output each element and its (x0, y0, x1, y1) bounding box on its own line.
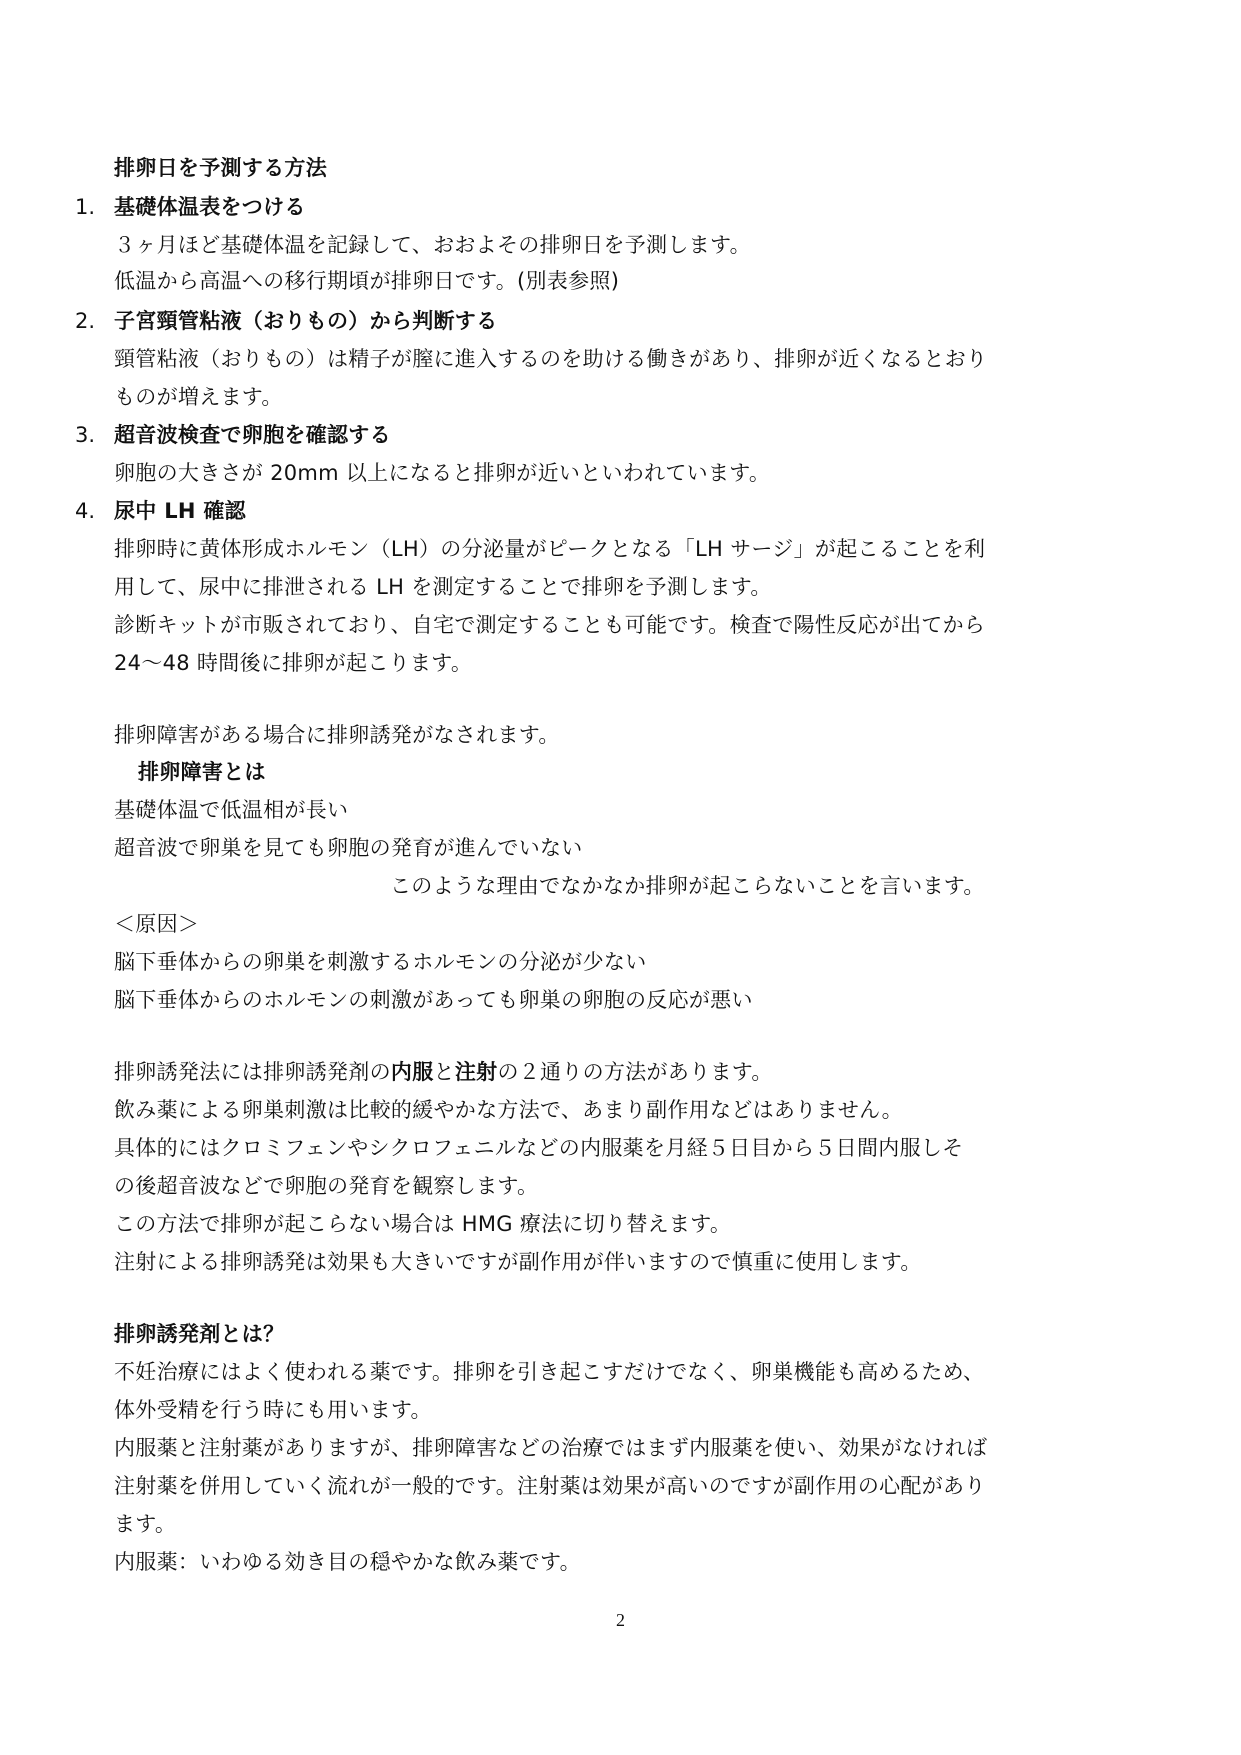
subheading: 排卵障害とは (138, 757, 266, 787)
body-line: 内服薬：いわゆる効き目の穏やかな飲み薬です。 (114, 1547, 581, 1577)
body-line: 診断キットが市販されており、自宅で測定することも可能です。検査で陽性反応が出てか… (114, 610, 985, 640)
section-heading: 排卵誘発剤とは？ (114, 1319, 284, 1349)
item-heading: 超音波検査で卵胞を確認する (114, 420, 391, 450)
body-line: ます。 (114, 1509, 176, 1539)
body-line: 注射薬を併用していく流れが一般的です。注射薬は効果が高いのですが副作用の心配があ… (114, 1471, 986, 1501)
text: の２通りの方法があります。 (497, 1060, 772, 1084)
body-line: 頸管粘液（おりもの）は精子が膣に進入するのを助ける働きがあり、排卵が近くなるとお… (114, 344, 987, 374)
body-line: 低温から高温への移行期頃が排卵日です。(別表参照) (114, 266, 619, 296)
body-line: 用して、尿中に排泄される LH を測定することで排卵を予測します。 (114, 572, 772, 602)
page-number: 2 (0, 1610, 1241, 1631)
item-number: 2. (75, 306, 95, 336)
method-line: 排卵誘発法には排卵誘発剤の内服と注射の２通りの方法があります。 (114, 1057, 773, 1087)
body-line: 内服薬と注射薬がありますが、排卵障害などの治療ではまず内服薬を使い、効果がなけれ… (114, 1433, 987, 1463)
body-line: 24～48 時間後に排卵が起こります。 (114, 648, 472, 678)
intro-line: 排卵障害がある場合に排卵誘発がなされます。 (114, 720, 560, 750)
text: 排卵誘発法には排卵誘発剤の (114, 1060, 391, 1084)
cause-line: 脳下垂体からの卵巣を刺激するホルモンの分泌が少ない (114, 947, 647, 977)
body-line: ものが増えます。 (114, 382, 283, 412)
text: と (434, 1060, 455, 1084)
item-number: 4. (75, 496, 95, 526)
body-line: の後超音波などで卵胞の発育を観察します。 (114, 1171, 538, 1201)
body-line: この方法で排卵が起こらない場合は HMG 療法に切り替えます。 (114, 1209, 731, 1239)
item-heading: 子宮頸管粘液（おりもの）から判断する (114, 306, 497, 336)
cause-heading: ＜原因＞ (114, 909, 199, 939)
body-line: 注射による排卵誘発は効果も大きいですが副作用が伴いますので慎重に使用します。 (114, 1247, 922, 1277)
body-line: 体外受精を行う時にも用います。 (114, 1395, 432, 1425)
body-line: 不妊治療にはよく使われる薬です。排卵を引き起こすだけでなく、卵巣機能も高めるため… (114, 1357, 984, 1387)
item-heading: 尿中 LH 確認 (114, 496, 246, 526)
conclusion-line: このような理由でなかなか排卵が起こらないことを言います。 (390, 871, 985, 901)
body-line: 超音波で卵巣を見ても卵胞の発育が進んでいない (114, 833, 583, 863)
cause-line: 脳下垂体からのホルモンの刺激があっても卵巣の卵胞の反応が悪い (114, 985, 753, 1015)
bold-text-oral: 内服 (391, 1060, 434, 1084)
item-number: 1. (75, 192, 95, 222)
body-line: 卵胞の大きさが 20mm 以上になると排卵が近いといわれています。 (114, 458, 770, 488)
item-heading: 基礎体温表をつける (114, 192, 306, 222)
body-line: 飲み薬による卵巣刺激は比較的緩やかな方法で、あまり副作用などはありません。 (114, 1095, 903, 1125)
body-line: 具体的にはクロミフェンやシクロフェニルなどの内服薬を月経５日目から５日間内服しそ (114, 1133, 963, 1163)
section-title: 排卵日を予測する方法 (114, 153, 327, 183)
item-number: 3. (75, 420, 95, 450)
body-line: 排卵時に黄体形成ホルモン（LH）の分泌量がピークとなる「LH サージ」が起こるこ… (114, 534, 985, 564)
bold-text-injection: 注射 (455, 1060, 498, 1084)
body-line: ３ヶ月ほど基礎体温を記録して、おおよその排卵日を予測します。 (114, 230, 751, 260)
body-line: 基礎体温で低温相が長い (114, 795, 348, 825)
